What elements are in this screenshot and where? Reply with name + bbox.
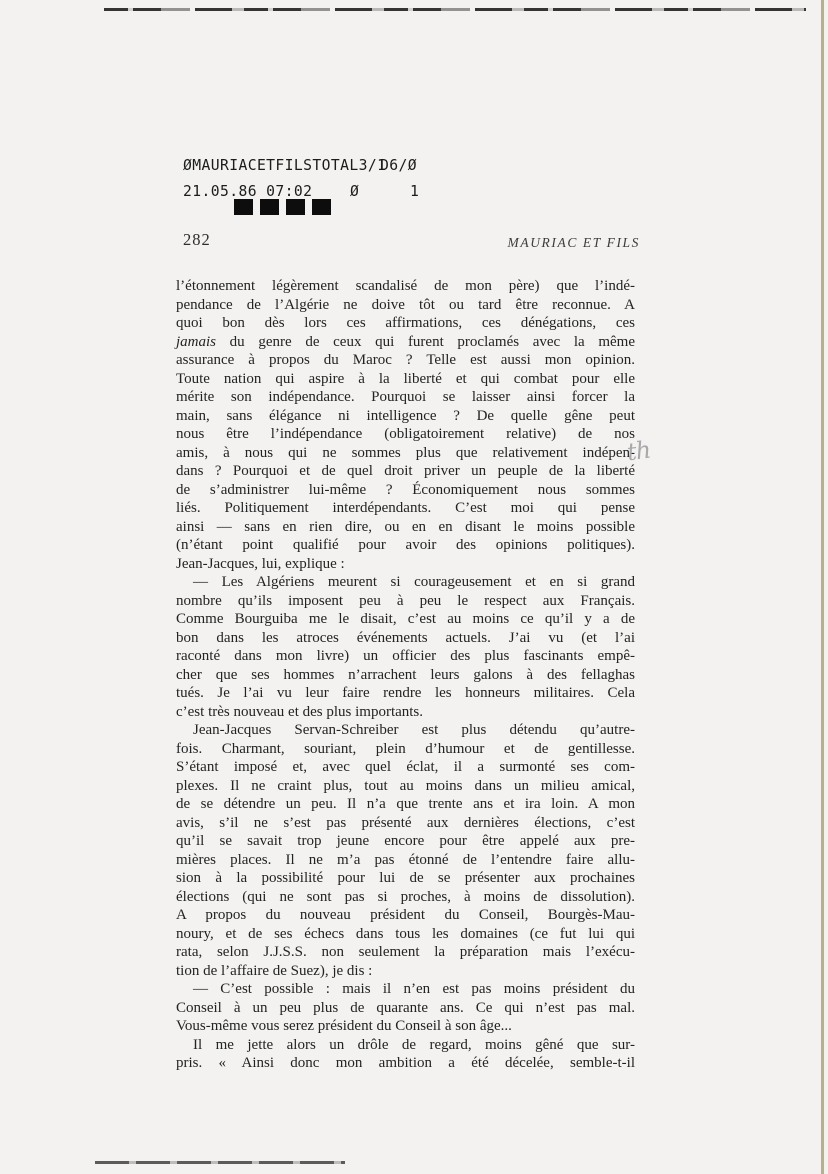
text-line: bon dans les atroces événements actuels.… <box>176 629 635 648</box>
text-line: cher que ses hommes n’arrachent leurs ga… <box>176 666 635 685</box>
registration-marks <box>234 199 331 215</box>
text-line: Il me jette alors un drôle de regard, mo… <box>176 1036 635 1055</box>
text-line: liés. Politiquement interdépendants. C’e… <box>176 499 635 518</box>
text-line: Vous-même vous serez président du Consei… <box>176 1017 635 1036</box>
text-line: fois. Charmant, souriant, plein d’humour… <box>176 740 635 759</box>
registration-square <box>234 199 253 215</box>
registration-square <box>286 199 305 215</box>
paragraph: l’étonnement légèrement scandalisé de mo… <box>176 277 635 573</box>
scan-artifact-right-edge-line <box>821 0 824 1174</box>
paragraph: — C’est possible : mais il n’en est pas … <box>176 980 635 1036</box>
body-text: l’étonnement légèrement scandalisé de mo… <box>176 277 635 1073</box>
text-line: Toute nation qui aspire à la liberté et … <box>176 370 635 389</box>
text-line: noury, et de ses échecs dans tous les do… <box>176 925 635 944</box>
registration-square <box>260 199 279 215</box>
text-line: qu’il se savait trop jeune encore pour ê… <box>176 832 635 851</box>
text-line: sion à la possibilité pour lui de se pré… <box>176 869 635 888</box>
text-line: quoi bon dès lors ces affirmations, ces … <box>176 314 635 333</box>
text-line: avis, s’il ne s’est pas présenté aux der… <box>176 814 635 833</box>
text-line: tués. Je l’ai vu leur faire rendre les h… <box>176 684 635 703</box>
text-line: de se détendre un peu. Il n’a que trente… <box>176 795 635 814</box>
text-line: nombre qu’ils imposent peu à peu le resp… <box>176 592 635 611</box>
scan-counter-right: 1 <box>410 183 419 200</box>
text-line: plexes. Il ne craint plus, tout au moins… <box>176 777 635 796</box>
text-line: Jean-Jacques, lui, explique : <box>176 555 635 574</box>
text-line: pendance de l’Algérie ne doive tôt ou ta… <box>176 296 635 315</box>
text-line: Comme Bourguiba me le disait, c’est au m… <box>176 610 635 629</box>
scan-artifact-top-line <box>104 8 806 11</box>
paragraph: Il me jette alors un drôle de regard, mo… <box>176 1036 635 1073</box>
text-line: de s’administrer lui-même ? Économiqueme… <box>176 481 635 500</box>
scan-artifact-bottom-line <box>95 1161 345 1164</box>
text-line: pris. « Ainsi donc mon ambition a été dé… <box>176 1054 635 1073</box>
scan-job-code: D6/Ø <box>380 157 417 174</box>
text-line: S’étant imposé et, avec quel éclat, il a… <box>176 758 635 777</box>
text-line: Conseil à un peu plus de quarante ans. C… <box>176 999 635 1018</box>
pencil-margin-annotation: th <box>625 436 651 467</box>
text-line: A propos du nouveau président du Conseil… <box>176 906 635 925</box>
text-line: jamais du genre de ceux qui furent procl… <box>176 333 635 352</box>
text-line: mérite son indépendance. Pourquoi se lai… <box>176 388 635 407</box>
text-line: mières places. Il ne m’a pas étonné de l… <box>176 851 635 870</box>
text-line: assurance à propos du Maroc ? Telle est … <box>176 351 635 370</box>
running-title: MAURIAC ET FILS <box>176 235 640 251</box>
text-line: main, sans élégance ni intelligence ? De… <box>176 407 635 426</box>
text-line: l’étonnement légèrement scandalisé de mo… <box>176 277 635 296</box>
scan-counter-left: Ø <box>350 183 359 200</box>
text-line: nous être l’indépendance (obligatoiremen… <box>176 425 635 444</box>
text-line: rata, selon J.J.S.S. non seulement la pr… <box>176 943 635 962</box>
text-line: ainsi — sans en rien dire, ou en en disa… <box>176 518 635 537</box>
text-line: raconté dans mon livre) un officier des … <box>176 647 635 666</box>
text-line: (n’étant point qualifié pour avoir des o… <box>176 536 635 555</box>
text-line: tion de l’affaire de Suez), je dis : <box>176 962 635 981</box>
scan-job-id: ØMAURIACETFILSTOTAL3/1 <box>183 157 386 174</box>
text-line: — C’est possible : mais il n’en est pas … <box>176 980 635 999</box>
registration-square <box>312 199 331 215</box>
text-line: amis, à nous qui ne sommes plus que rela… <box>176 444 635 463</box>
text-line: — Les Algériens meurent si courageusemen… <box>176 573 635 592</box>
text-line: dans ? Pourquoi et de quel droit priver … <box>176 462 635 481</box>
text-line: Jean-Jacques Servan-Schreiber est plus d… <box>176 721 635 740</box>
paragraph: Jean-Jacques Servan-Schreiber est plus d… <box>176 721 635 980</box>
paragraph: — Les Algériens meurent si courageusemen… <box>176 573 635 721</box>
text-line: c’est très nouveau et des plus important… <box>176 703 635 722</box>
text-line: élections (qui ne sont pas si proches, à… <box>176 888 635 907</box>
scan-datetime: 21.05.86 07:02 <box>183 183 312 200</box>
